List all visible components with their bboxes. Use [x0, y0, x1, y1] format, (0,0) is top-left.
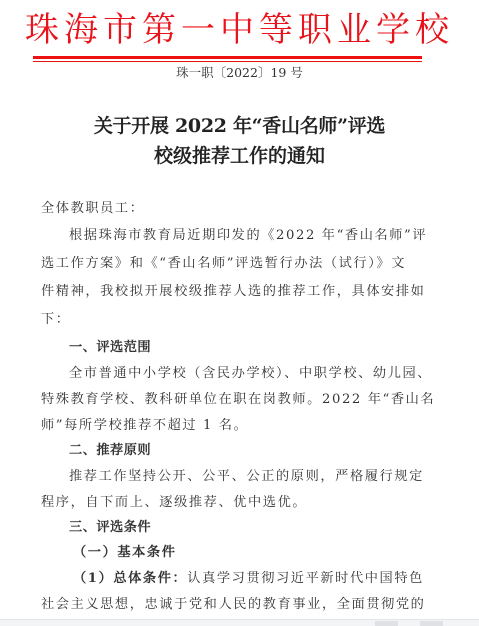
section2-line: 推荐工作坚持公开、公平、公正的原则，严格履行规定	[69, 467, 424, 487]
red-rule-thick	[33, 56, 422, 59]
condition-item-1-text: 认真学习贯彻习近平新时代中国特色	[187, 571, 424, 586]
condition-item-1: （1）总体条件：认真学习贯彻习近平新时代中国特色	[73, 569, 424, 589]
viewer-button[interactable]	[375, 621, 398, 626]
condition-item-1-label: （1）总体条件：	[73, 571, 187, 586]
notice-title-line1: 关于开展 2022 年“香山名师”评选	[0, 112, 479, 140]
section1-line: 全市普通中小学校（含民办学校）、中职学校、幼儿园、	[69, 364, 432, 384]
section-heading-principles: 二、推荐原则	[69, 441, 151, 461]
document-number: 珠一职〔2022〕19 号	[0, 64, 479, 82]
viewer-bottom-bar	[0, 619, 479, 626]
section1-line: 特殊教育学校、教科研单位在职在岗教师。2022 年“香山名	[41, 390, 435, 410]
sub-heading-basic: （一）基本条件	[73, 543, 177, 563]
condition-item-1-cont: 社会主义思想，忠诚于党和人民的教育事业，全面贯彻党的	[41, 595, 425, 615]
salutation: 全体教职员工：	[41, 199, 145, 219]
intro-line: 根据珠海市教育局近期印发的《2022 年“香山名师”评	[69, 226, 427, 246]
intro-line: 选工作方案》和《“香山名师”评选暂行办法（试行）》文	[41, 254, 406, 274]
notice-title-line2: 校级推荐工作的通知	[0, 142, 479, 170]
section2-line: 程序，自下而上、逐级推荐、优中选优。	[41, 493, 307, 513]
section-heading-conditions: 三、评选条件	[69, 518, 151, 538]
section-heading-scope: 一、评选范围	[69, 338, 151, 358]
intro-line: 件精神，我校拟开展校级推荐人选的推荐工作，具体安排如	[41, 282, 425, 302]
viewer-button[interactable]	[420, 621, 443, 626]
intro-line: 下：	[41, 310, 71, 330]
red-rule-thin	[33, 61, 422, 62]
section1-line: 师”每所学校推荐不超过 1 名。	[41, 416, 248, 436]
school-masthead: 珠海市第一中等职业学校	[0, 8, 479, 52]
document-page: 珠海市第一中等职业学校 珠一职〔2022〕19 号 关于开展 2022 年“香山…	[0, 0, 479, 620]
